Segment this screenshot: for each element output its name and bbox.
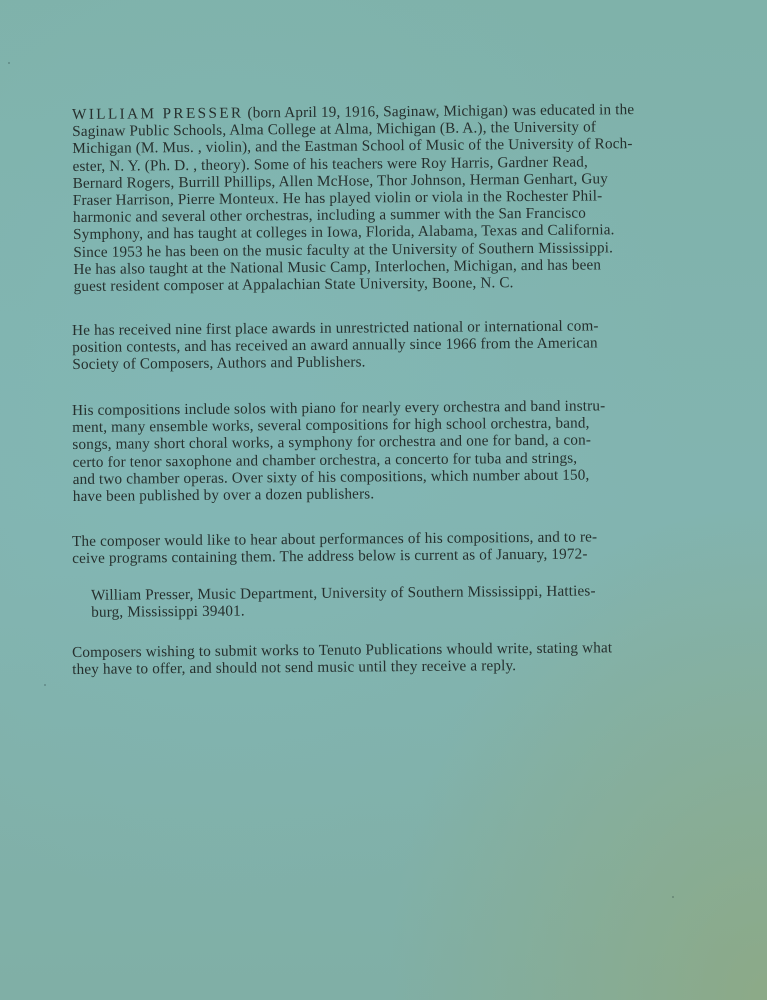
composer-name: WILLIAM PRESSER <box>72 105 244 123</box>
paper-speck <box>672 896 674 898</box>
compositions-paragraph: His compositions include solos with pian… <box>72 396 748 505</box>
paper-speck <box>8 62 10 64</box>
performances-paragraph: The composer would like to hear about pe… <box>72 527 747 567</box>
submissions-paragraph: Composers wishing to submit works to Ten… <box>72 638 747 678</box>
awards-paragraph: He has received nine first place awards … <box>72 316 747 373</box>
mailing-address: William Presser, Music Department, Unive… <box>72 582 747 622</box>
document-page: WILLIAM PRESSER (born April 19, 1916, Sa… <box>72 106 747 678</box>
biography-paragraph: WILLIAM PRESSER (born April 19, 1916, Sa… <box>72 100 749 295</box>
paper-speck <box>44 684 46 686</box>
text-line: burg, Mississippi 39401. <box>91 599 747 622</box>
